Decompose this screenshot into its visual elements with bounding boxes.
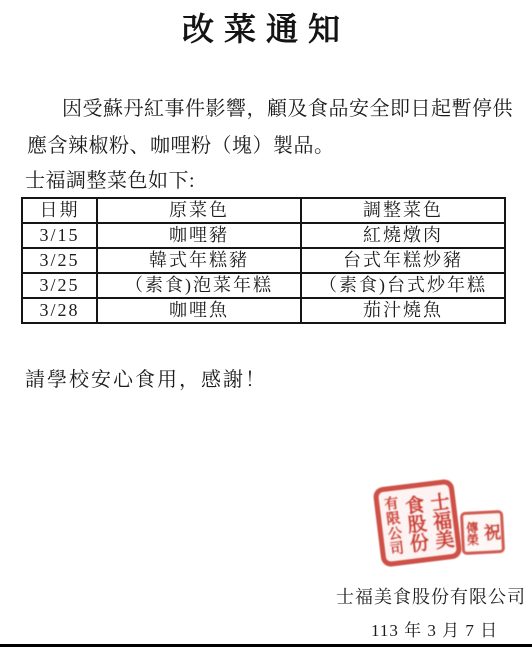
personal-stamp-seal: 傳榮 祝 (460, 510, 505, 555)
body-paragraph-line-2: 應含辣椒粉、咖哩粉（塊）製品。 (27, 129, 335, 158)
company-seal-text-col-right: 士福美 (427, 486, 454, 554)
personal-seal-text-col-right: 祝 (481, 514, 500, 550)
cell-original-dish: 韓式年糕豬 (97, 248, 301, 273)
closing-line: 請學校安心食用，感謝！ (25, 363, 267, 392)
date-line: 113 年 3 月 7 日 (371, 616, 498, 641)
company-seal-text-col-left: 有限公司 (381, 493, 403, 560)
table-row: 3/15 咖哩豬 紅燒燉肉 (22, 223, 505, 248)
table-row: 3/25 韓式年糕豬 台式年糕炒豬 (22, 248, 505, 273)
cell-date: 3/25 (22, 248, 97, 273)
cell-adjusted-dish: 紅燒燉肉 (301, 223, 505, 248)
cell-original-dish: 咖哩豬 (97, 223, 301, 248)
menu-change-table: 日期 原菜色 調整菜色 3/15 咖哩豬 紅燒燉肉 3/25 韓式年糕豬 台式年… (21, 197, 506, 324)
company-name: 士福美食股份有限公司 (336, 583, 526, 609)
table-intro-line: 士福調整菜色如下: (25, 164, 195, 193)
cell-adjusted-dish: 台式年糕炒豬 (301, 248, 505, 273)
cell-adjusted-dish: （素食)台式炒年糕 (301, 273, 505, 298)
personal-seal-text-col-left: 傳榮 (465, 515, 479, 551)
header-original-dish: 原菜色 (97, 198, 301, 223)
header-date: 日期 (22, 198, 97, 223)
cell-date: 3/28 (22, 298, 97, 323)
cell-date: 3/15 (22, 223, 97, 248)
table-row: 3/28 咖哩魚 茄汁燒魚 (22, 298, 505, 323)
cell-original-dish: 咖哩魚 (97, 298, 301, 323)
cell-adjusted-dish: 茄汁燒魚 (301, 298, 505, 323)
notice-document: 改菜通知 因受蘇丹紅事件影響，顧及食品安全即日起暫停供 應含辣椒粉、咖哩粉（塊）… (0, 0, 532, 647)
header-adjusted-dish: 調整菜色 (301, 198, 505, 223)
company-stamp-seal: 有限公司 食股份 士福美 (372, 478, 462, 567)
body-paragraph-line-1: 因受蘇丹紅事件影響，顧及食品安全即日起暫停供 (62, 92, 513, 121)
document-title: 改菜通知 (0, 4, 532, 50)
table-row: 3/25 （素食)泡菜年糕 （素食)台式炒年糕 (22, 273, 505, 298)
cell-original-dish: （素食)泡菜年糕 (97, 273, 301, 298)
table-header-row: 日期 原菜色 調整菜色 (22, 198, 505, 223)
cell-date: 3/25 (22, 273, 97, 298)
company-seal-text-col-middle: 食股份 (402, 489, 429, 557)
